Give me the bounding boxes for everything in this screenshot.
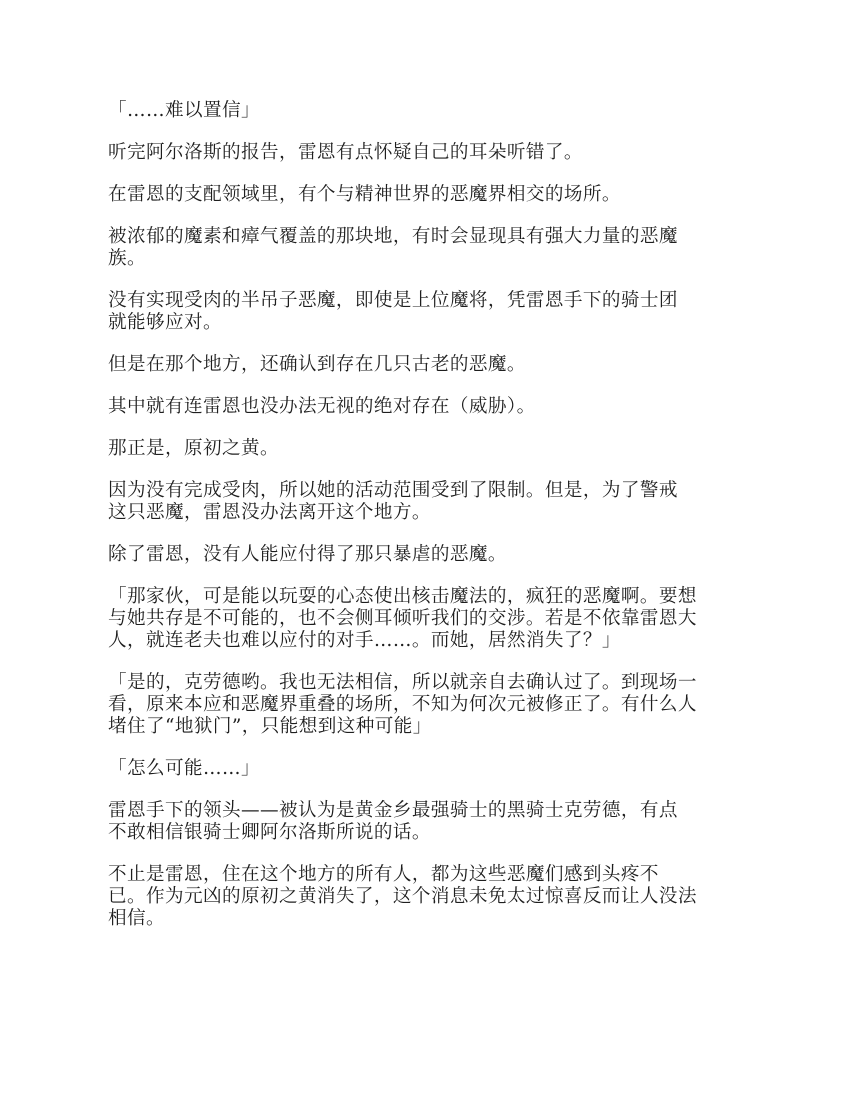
narration-paragraph: 不止是雷恩，住在这个地方的所有人，都为这些恶魔们感到头疼不 已。作为元凶的原初之… xyxy=(108,864,748,930)
narration-paragraph: 被浓郁的魔素和瘴气覆盖的那块地，有时会显现具有强大力量的恶魔 族。 xyxy=(108,226,748,270)
dialogue-paragraph: 「……难以置信」 xyxy=(108,100,748,122)
narration-paragraph: 除了雷恩，没有人能应付得了那只暴虐的恶魔。 xyxy=(108,544,748,566)
narration-paragraph: 其中就有连雷恩也没办法无视的绝对存在（威胁）。 xyxy=(108,396,748,418)
narration-paragraph: 因为没有完成受肉，所以她的活动范围受到了限制。但是，为了警戒 这只恶魔，雷恩没办… xyxy=(108,480,748,524)
narration-paragraph: 听完阿尔洛斯的报告，雷恩有点怀疑自己的耳朵听错了。 xyxy=(108,142,748,164)
narration-paragraph: 在雷恩的支配领域里，有个与精神世界的恶魔界相交的场所。 xyxy=(108,184,748,206)
narration-paragraph: 但是在那个地方，还确认到存在几只古老的恶魔。 xyxy=(108,354,748,376)
dialogue-paragraph: 「那家伙，可是能以玩耍的心态使出核击魔法的，疯狂的恶魔啊。要想 与她共存是不可能… xyxy=(108,586,748,652)
narration-paragraph: 没有实现受肉的半吊子恶魔，即使是上位魔将，凭雷恩手下的骑士团 就能够应对。 xyxy=(108,290,748,334)
narration-paragraph: 雷恩手下的领头——被认为是黄金乡最强骑士的黑骑士克劳德，有点 不敢相信银骑士卿阿… xyxy=(108,800,748,844)
document-page: 「……难以置信」 听完阿尔洛斯的报告，雷恩有点怀疑自己的耳朵听错了。 在雷恩的支… xyxy=(108,100,748,950)
narration-paragraph: 那正是，原初之黄。 xyxy=(108,438,748,460)
dialogue-paragraph: 「是的，克劳德哟。我也无法相信，所以就亲自去确认过了。到现场一 看，原来本应和恶… xyxy=(108,672,748,738)
dialogue-paragraph: 「怎么可能……」 xyxy=(108,758,748,780)
